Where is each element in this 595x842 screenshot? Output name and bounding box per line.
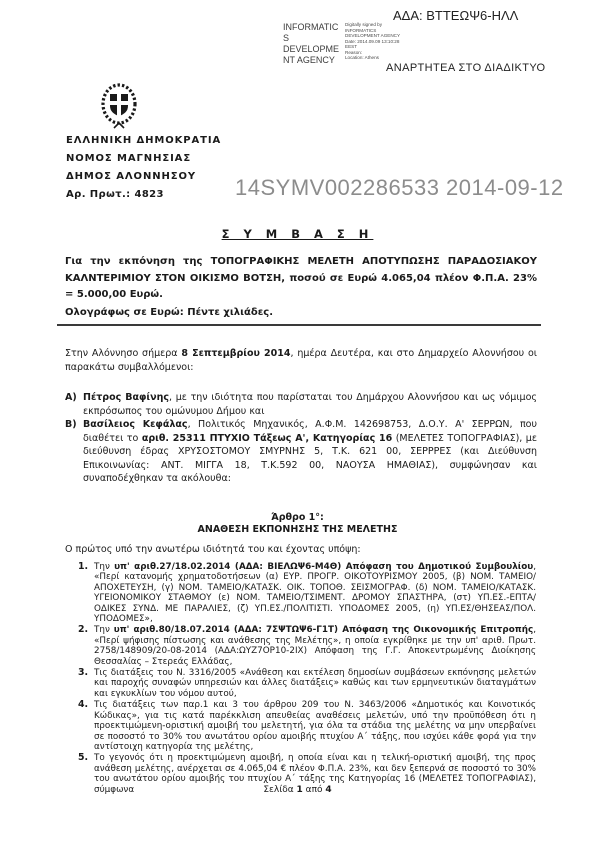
letterhead-prefecture: ΝΟΜΟΣ ΜΑΓΝΗΣΙΑΣ: [66, 150, 221, 168]
item-number: 1.: [78, 562, 94, 624]
protocol-number: Αρ. Πρωτ.: 4823: [66, 186, 221, 204]
considerations-list: 1. Την υπ' αριθ.27/18.02.2014 (ΑΔΑ: ΒΙΕΛ…: [78, 562, 536, 796]
header-divider: [57, 324, 541, 326]
ada-code: ΑΔΑ: ΒΤΤΕΩΨ6-ΗΛΛ: [393, 8, 518, 23]
item-text: Την υπ' αριθ.27/18.02.2014 (ΑΔΑ: ΒΙΕΛΩΨ6…: [94, 562, 536, 624]
letterhead-municipality: ΔΗΜΟΣ ΑΛΟΝΝΗΣΟΥ: [66, 168, 221, 186]
page-footer: Σελίδα 1 από 4: [0, 785, 595, 795]
item-text: Τις διατάξεις του Ν. 3316/2005 «Ανάθεση …: [94, 668, 536, 699]
letterhead-republic: ΕΛΛΗΝΙΚΗ ΔΗΜΟΚΡΑΤΙΑ: [66, 132, 221, 150]
list-item: 4. Τις διατάξεις των παρ.1 και 3 του άρθ…: [78, 700, 536, 752]
party-a-text: Πέτρος Βαφίνης, με την ιδιότητα που παρί…: [83, 391, 537, 418]
article-number: Άρθρο 1°:: [0, 512, 595, 524]
amount-in-words: Ολογράφως σε Ευρώ: Πέντε χιλιάδες.: [65, 305, 537, 322]
item-text: Την υπ' αριθ.80/18.07.2014 (ΑΔΑ: 7ΣΨΤΩΨ6…: [94, 625, 536, 667]
party-a-paragraph: Α) Πέτρος Βαφίνης, με την ιδιότητα που π…: [65, 391, 537, 418]
list-item: 3. Τις διατάξεις του Ν. 3316/2005 «Ανάθε…: [78, 668, 536, 699]
item-text: Τις διατάξεις των παρ.1 και 3 του άρθρου…: [94, 700, 536, 752]
item-number: 2.: [78, 625, 94, 667]
signing-agency-name: INFORMATICS DEVELOPMENT AGENCY: [283, 22, 341, 66]
subject-block: Για την εκπόνηση της ΤΟΠΟΓΡΑΦΙΚΗΣ ΜΕΛΕΤΗ…: [65, 254, 537, 321]
digital-signature-stamp: INFORMATICS DEVELOPMENT AGENCY Digitally…: [283, 22, 415, 66]
article-title: ΑΝΑΘΕΣΗ ΕΚΠΟΝΗΣΗΣ ΤΗΣ ΜΕΛΕΤΗΣ: [0, 524, 595, 536]
subject-paragraph: Για την εκπόνηση της ΤΟΠΟΓΡΑΦΙΚΗΣ ΜΕΛΕΤΗ…: [65, 254, 537, 304]
item-number: 4.: [78, 700, 94, 752]
party-b-text: Βασίλειος Κεφάλας, Πολιτικός Μηχανικός, …: [83, 418, 537, 486]
registry-stamp: 14SYMV002286533 2014-09-12: [235, 175, 564, 201]
item-number: 3.: [78, 668, 94, 699]
greek-national-emblem-icon: [98, 82, 140, 134]
publish-notice: ΑΝΑΡΤΗΤΕΑ ΣΤΟ ΔΙΑΔΙΚΤΥΟ: [386, 62, 545, 74]
signature-details: Digitally signed by INFORMATICS DEVELOPM…: [345, 22, 415, 66]
article-heading: Άρθρο 1°: ΑΝΑΘΕΣΗ ΕΚΠΟΝΗΣΗΣ ΤΗΣ ΜΕΛΕΤΗΣ: [0, 512, 595, 536]
document-title: Σ Υ Μ Β Α Σ Η: [0, 227, 595, 241]
party-b-paragraph: Β) Βασίλειος Κεφάλας, Πολιτικός Μηχανικό…: [65, 418, 537, 486]
letterhead: ΕΛΛΗΝΙΚΗ ΔΗΜΟΚΡΑΤΙΑ ΝΟΜΟΣ ΜΑΓΝΗΣΙΑΣ ΔΗΜΟ…: [66, 132, 221, 204]
list-item: 1. Την υπ' αριθ.27/18.02.2014 (ΑΔΑ: ΒΙΕΛ…: [78, 562, 536, 624]
party-b-marker: Β): [65, 418, 83, 486]
party-a-marker: Α): [65, 391, 83, 418]
preamble: Ο πρώτος υπό την ανωτέρω ιδιότητά του κα…: [65, 544, 537, 555]
list-item: 2. Την υπ' αριθ.80/18.07.2014 (ΑΔΑ: 7ΣΨΤ…: [78, 625, 536, 667]
intro-paragraph: Στην Αλόννησο σήμερα 8 Σεπτεμβρίου 2014,…: [65, 347, 537, 374]
